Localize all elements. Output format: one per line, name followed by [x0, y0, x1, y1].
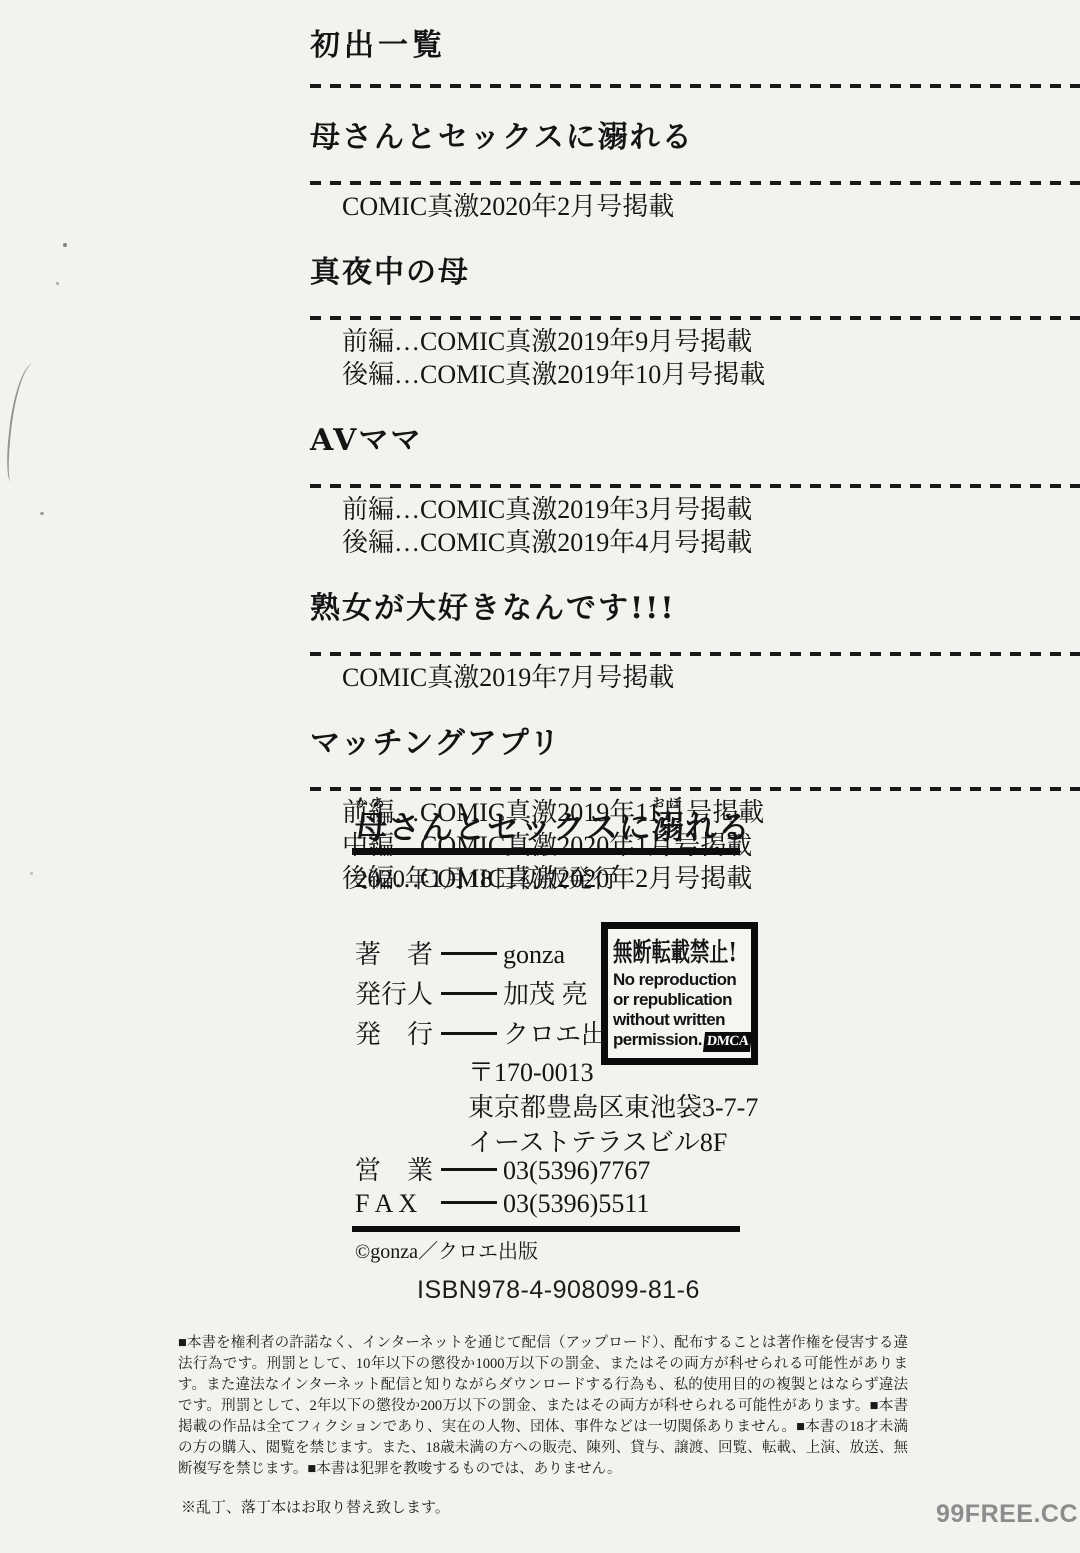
work-entry: 熟女が大好きなんです!!! COMIC真激2019年7月号掲載	[310, 591, 1080, 694]
contact-label: 営 業	[355, 1154, 435, 1187]
stamp-japanese-text: 無断転載禁止!	[613, 932, 711, 969]
contact-label: F A X	[355, 1187, 435, 1220]
stamp-english-line: without written	[613, 1011, 746, 1029]
contact-value: 03(5396)7767	[503, 1156, 650, 1185]
stamp-english-line: or republication	[613, 991, 746, 1009]
contacts: 営 業03(5396)7767 F A X03(5396)5511	[355, 1154, 775, 1220]
stamp-english-last-line: permission.DMCA	[613, 1031, 746, 1052]
dashed-divider	[310, 652, 1080, 656]
dash-connector	[441, 1201, 497, 1204]
dash-connector	[441, 1032, 497, 1035]
dashed-divider	[310, 84, 1080, 88]
scan-artifact	[40, 512, 44, 515]
dashed-divider	[310, 181, 1080, 185]
isbn: ISBN978-4-908099-81-6	[417, 1276, 775, 1305]
dashed-divider	[310, 316, 1080, 320]
work-title: 真夜中の母	[310, 255, 1080, 291]
scan-artifact	[63, 243, 67, 247]
book-title-furigana-1: かあ	[355, 796, 388, 810]
book-title-base-2: 溺	[652, 809, 685, 845]
colophon-page: 初出一覧 母さんとセックスに溺れる COMIC真激2020年2月号掲載 真夜中の…	[0, 0, 1080, 1553]
credit-label: 発 行	[355, 1015, 435, 1055]
scan-artifact	[56, 282, 59, 285]
publication-entry: COMIC真激2020年2月号掲載	[342, 190, 1080, 223]
work-title: 熟女が大好きなんです!!!	[310, 591, 1080, 627]
book-title-tail: れる	[685, 809, 751, 845]
publication-entries: 前編…COMIC真激2019年9月号掲載 後編…COMIC真激2019年10月号…	[342, 325, 1080, 391]
work-title: AVママ	[310, 423, 1080, 459]
page-title: 初出一覧	[310, 28, 1080, 64]
book-title-ruby-2: 溺おぼ	[652, 809, 685, 845]
dashed-divider	[310, 787, 1080, 791]
work-entry: AVママ 前編…COMIC真激2019年3月号掲載 後編…COMIC真激2019…	[310, 423, 1080, 559]
replacement-note: ※乱丁、落丁本はお取り替え致します。	[181, 1496, 450, 1517]
publication-entry: 前編…COMIC真激2019年3月号掲載	[342, 493, 1080, 526]
no-reproduction-stamp: 無断転載禁止! No reproduction or republication…	[601, 922, 758, 1065]
stamp-english-line: No reproduction	[613, 971, 746, 989]
work-entry: 母さんとセックスに溺れる COMIC真激2020年2月号掲載	[310, 120, 1080, 223]
scan-artifact	[30, 872, 33, 875]
publication-entries: COMIC真激2019年7月号掲載	[342, 661, 1080, 694]
contact-value: 03(5396)5511	[503, 1189, 649, 1218]
dashed-divider	[310, 484, 1080, 488]
dash-connector	[441, 992, 497, 995]
work-title: マッチングアプリ	[310, 726, 1080, 762]
work-title: 母さんとセックスに溺れる	[310, 120, 1080, 156]
dmca-badge: DMCA	[703, 1032, 752, 1052]
book-title-furigana-2: おぼ	[652, 796, 685, 810]
credit-value: gonza	[503, 940, 565, 969]
credit-value: 加茂 亮	[503, 980, 588, 1009]
legal-paragraph: ■本書を権利者の許諾なく、インターネットを通じて配信（アップロード）、配布するこ…	[178, 1333, 908, 1480]
dash-connector	[441, 952, 497, 955]
book-title-ruby-1: 母かあ	[355, 809, 388, 845]
copyright-line: ©gonza／クロエ出版	[355, 1239, 775, 1266]
stamp-permission-text: permission.	[613, 1030, 702, 1049]
publication-entry: 前編…COMIC真激2019年9月号掲載	[342, 325, 1080, 358]
publication-entry: 後編…COMIC真激2019年4月号掲載	[342, 526, 1080, 559]
publication-entry: COMIC真激2019年7月号掲載	[342, 661, 1080, 694]
publisher-address: 〒170-0013 東京都豊島区東池袋3-7-7 イーストテラスビル8F	[468, 1055, 775, 1160]
work-entry: 真夜中の母 前編…COMIC真激2019年9月号掲載 後編…COMIC真激201…	[310, 255, 1080, 391]
book-title-base-1: 母	[355, 809, 388, 845]
contact-row-fax: F A X03(5396)5511	[355, 1187, 775, 1220]
dash-connector	[441, 1168, 497, 1171]
credit-label: 発行人	[355, 975, 435, 1015]
scan-artifact	[4, 361, 34, 482]
book-title: 母かあさんとセックスに溺おぼれる	[355, 796, 775, 845]
first-publication-list: 初出一覧 母さんとセックスに溺れる COMIC真激2020年2月号掲載 真夜中の…	[310, 8, 1080, 895]
edition-date: 2020年1月18日初版発行	[355, 865, 775, 895]
publication-entries: 前編…COMIC真激2019年3月号掲載 後編…COMIC真激2019年4月号掲…	[342, 493, 1080, 559]
book-title-middle: さんとセックスに	[388, 809, 652, 845]
address-line: 東京都豊島区東池袋3-7-7	[468, 1090, 775, 1125]
site-watermark: 99FREE.CC	[936, 1500, 1078, 1529]
title-rule	[352, 848, 740, 855]
credit-label: 著 者	[355, 935, 435, 975]
publication-entry: 後編…COMIC真激2019年10月号掲載	[342, 358, 1080, 391]
publication-entries: COMIC真激2020年2月号掲載	[342, 190, 1080, 223]
colophon-rule	[352, 1226, 740, 1232]
